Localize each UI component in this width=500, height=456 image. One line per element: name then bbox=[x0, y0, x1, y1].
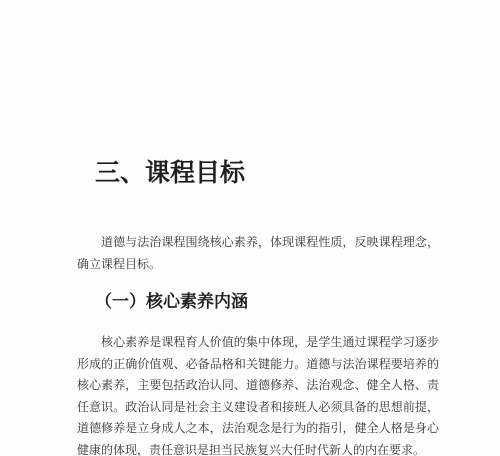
text-line: 核心素养是课程育人价值的集中体现，是学生通过课程学习逐步 bbox=[77, 332, 439, 354]
paragraph-intro: 道德与法治课程围绕核心素养，体现课程性质，反映课程理念， 确立课程目标。 bbox=[77, 232, 439, 275]
text-line: 任意识。政治认同是社会主义建设者和接班人必须具备的思想前提， bbox=[77, 397, 439, 419]
text-line: 健康的体现，责任意识是担当民族复兴大任时代新人的内在要求。 bbox=[77, 440, 439, 456]
text-line: 核心素养，主要包括政治认同、道德修养、法治观念、健全人格、责 bbox=[77, 375, 439, 397]
subsection-heading: （一）核心素养内涵 bbox=[95, 292, 248, 312]
text-line: 道德与法治课程围绕核心素养，体现课程性质，反映课程理念， bbox=[77, 232, 439, 254]
document-page: 三、课程目标 道德与法治课程围绕核心素养，体现课程性质，反映课程理念， 确立课程… bbox=[0, 0, 500, 456]
section-heading: 三、课程目标 bbox=[95, 159, 245, 188]
text-line: 道德修养是立身成人之本，法治观念是行为的指引，健全人格是身心 bbox=[77, 418, 439, 440]
paragraph-core-competency: 核心素养是课程育人价值的集中体现，是学生通过课程学习逐步 形成的正确价值观、必备… bbox=[77, 332, 439, 456]
text-line: 确立课程目标。 bbox=[77, 254, 439, 276]
text-line: 形成的正确价值观、必备品格和关键能力。道德与法治课程要培养的 bbox=[77, 354, 439, 376]
